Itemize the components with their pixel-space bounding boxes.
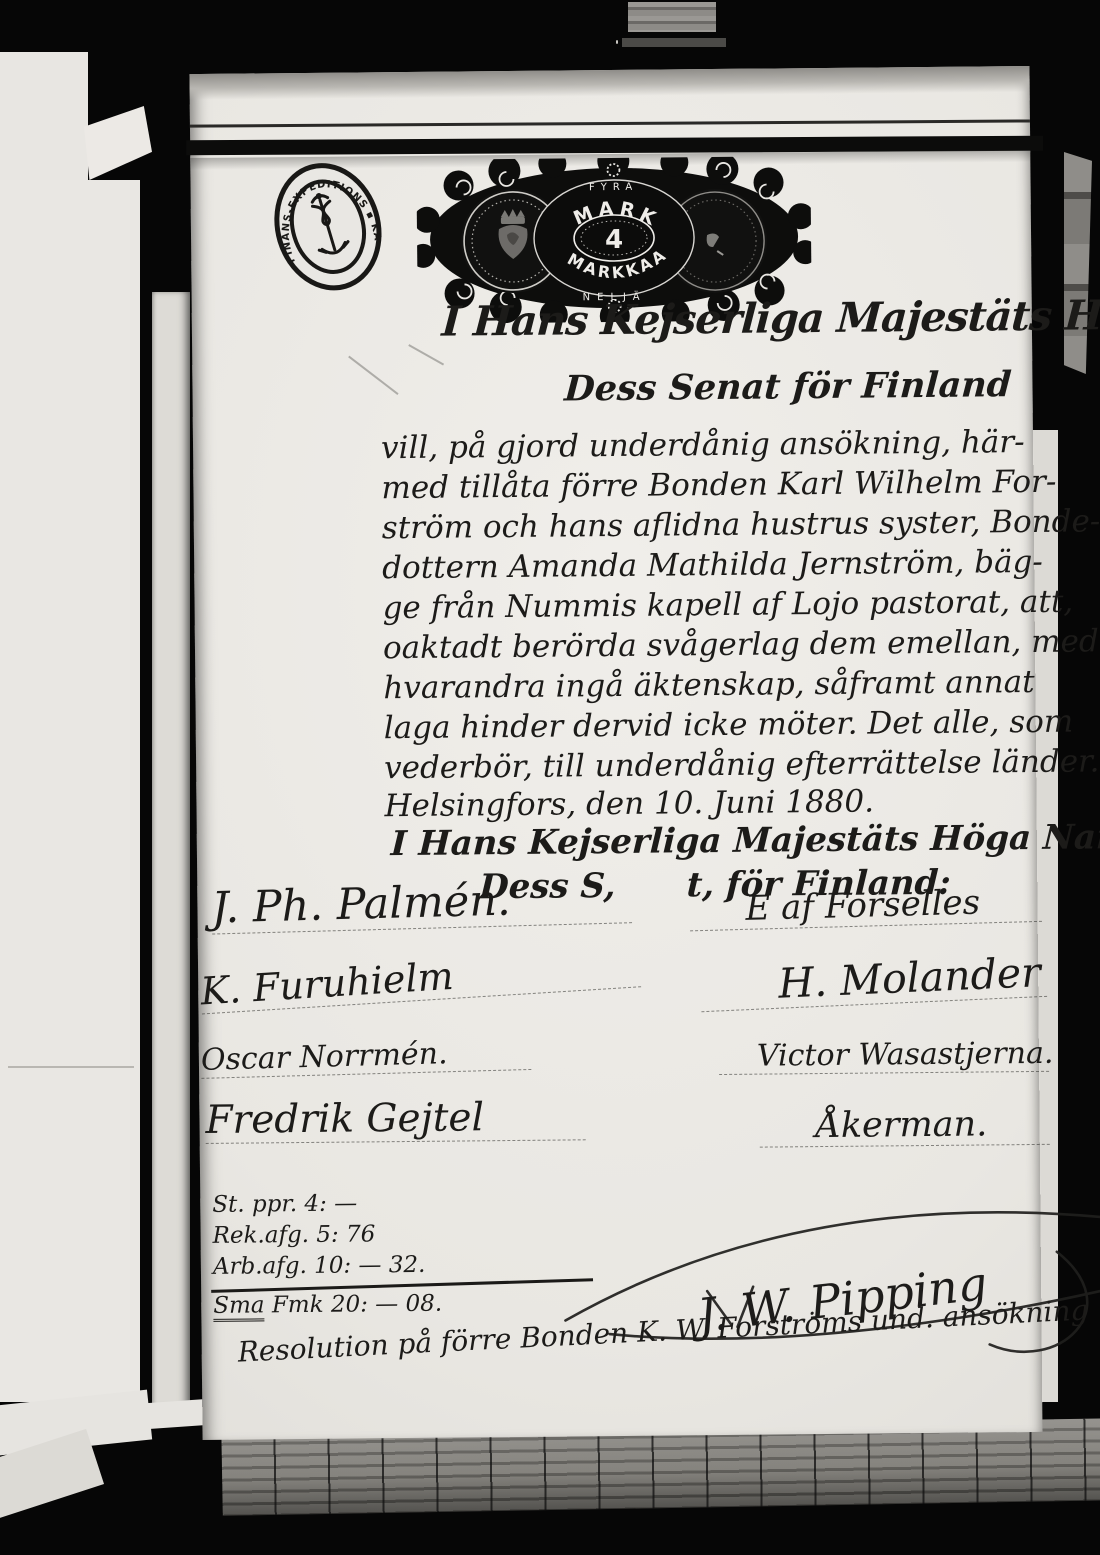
fee-line-rek-afg: Rek.afg. 5: 76 <box>212 1217 592 1252</box>
fee-line-stamp-paper: St. ppr. 4: — <box>212 1186 592 1221</box>
fee-sum-label: Sma <box>213 1292 265 1321</box>
ink-smudge <box>348 356 398 395</box>
body-text: vill, på gjord underdånig ansökning, här… <box>381 422 1064 789</box>
body-line: dottern Amanda Mathilda Jernström, bäg- <box>382 542 1062 589</box>
body-line: hvarandra ingå äktenskap, såframt annat <box>383 662 1063 709</box>
body-line: vederbör, till underdånig efterrättelse … <box>384 742 1064 789</box>
heading-imperial-formula: I Hans Kejserliga Majestäts Höga Namn, <box>440 289 1100 346</box>
body-line: oaktadt berörda svågerlag dem emellan, m… <box>383 622 1063 669</box>
closing-imperial-formula: I Hans Kejserliga Majestäts Höga Namn, <box>390 817 1100 864</box>
stamp-text-4: 4 <box>605 225 623 255</box>
dust-speck <box>616 40 618 44</box>
fee-sum-amount: Fmk 20: — 08. <box>264 1291 442 1319</box>
previous-page-corner <box>0 52 88 182</box>
body-line: vill, på gjord underdånig ansökning, här… <box>381 422 1061 469</box>
ink-smudge <box>408 344 444 365</box>
signature-furuhielm: K. Furuhielm <box>199 942 641 1014</box>
finance-expedition-seal: FINANS-EXPEDITIONS ▪ KARTA-STEMPEL <box>256 146 400 308</box>
signature-akerman: Åkerman. <box>759 1104 1049 1148</box>
fee-notations: St. ppr. 4: — Rek.afg. 5: 76 Arb.afg. 10… <box>212 1186 593 1322</box>
signature-wasastjerna: Victor Wasastjerna. <box>719 1036 1049 1075</box>
pencil-mark <box>8 1066 134 1068</box>
body-line: laga hinder dervid icke möter. Det alle,… <box>384 702 1064 749</box>
book-spine-pages <box>1064 152 1092 374</box>
signature-palmen: J. Ph. Palmén. <box>211 872 632 934</box>
dateline-helsingfors: Helsingfors, den 10. Juni 1880. <box>384 784 874 825</box>
stamp-text-fyra: FYRA <box>589 182 638 193</box>
signature-gejtel: Fredrik Gejtel <box>205 1094 585 1144</box>
document-page: FINANS-EXPEDITIONS ▪ KARTA-STEMPEL <box>189 66 1042 1440</box>
previous-page-edge <box>0 180 140 1402</box>
torn-top-edge <box>189 66 1029 100</box>
signature-molander: H. Molander <box>699 948 1047 1012</box>
signature-af-forselles: E af Forselles <box>689 881 1042 932</box>
body-line: med tillåta förre Bonden Karl Wilhelm Fo… <box>381 462 1061 509</box>
body-line: ge från Nummis kapell af Lojo pastorat, … <box>382 582 1062 629</box>
heading-senate: Dess Senat för Finland <box>563 364 1012 409</box>
signature-norrmen: Oscar Norrmén. <box>200 1034 531 1079</box>
page-gutter-strip <box>152 292 190 1408</box>
fee-line-arb-afg: Arb.afg. 10: — 32. <box>213 1248 593 1283</box>
previous-page-fold <box>84 106 152 180</box>
binding-tab-texture <box>628 2 716 32</box>
archival-scan: FINANS-EXPEDITIONS ▪ KARTA-STEMPEL <box>0 0 1100 1555</box>
binding-tab-shadow <box>622 38 726 47</box>
scan-line-artifact <box>190 119 1030 127</box>
clerk-signature-flourish: J. W. Pipping <box>556 1191 1100 1387</box>
fee-sum-line: Sma Fmk 20: — 08. <box>213 1287 593 1322</box>
body-line: ström och hans aflidna hustrus syster, B… <box>382 502 1062 549</box>
